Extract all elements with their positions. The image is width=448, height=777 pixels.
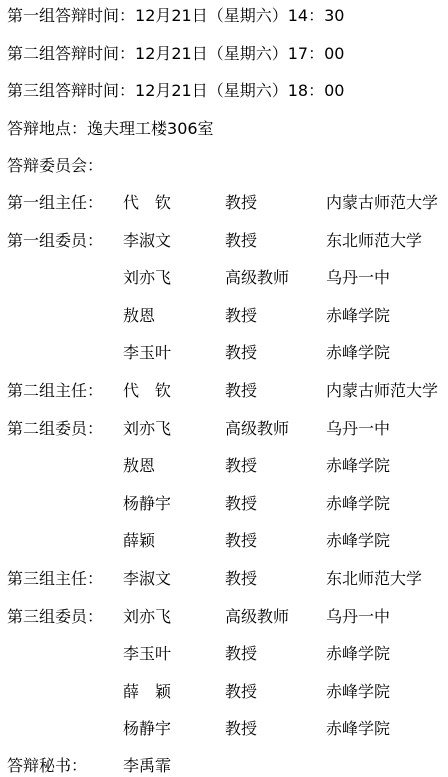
- location-label: 答辩地点：: [7, 119, 87, 138]
- committee-row: 薛 颖教授赤峰学院: [0, 680, 448, 704]
- member-org: 赤峰学院: [326, 454, 390, 478]
- member-title: 教授: [225, 717, 257, 741]
- member-name: 刘亦飞: [123, 605, 171, 629]
- committee-row: 敖恩教授赤峰学院: [0, 304, 448, 328]
- member-title: 教授: [225, 454, 257, 478]
- member-org: 赤峰学院: [326, 642, 390, 666]
- member-name: 敖恩: [123, 304, 155, 328]
- member-org: 赤峰学院: [326, 341, 390, 365]
- member-org: 乌丹一中: [326, 417, 390, 441]
- member-org: 赤峰学院: [326, 680, 390, 704]
- role-label: 第三组主任：: [7, 567, 103, 591]
- secretary-name: 李禹霏: [123, 754, 171, 777]
- schedule-label: 第三组答辩时间：: [7, 81, 135, 100]
- committee-row: 敖恩教授赤峰学院: [0, 454, 448, 478]
- member-name: 刘亦飞: [123, 417, 171, 441]
- committee-row: 杨静宇教授赤峰学院: [0, 717, 448, 741]
- member-title: 教授: [225, 304, 257, 328]
- member-org: 赤峰学院: [326, 717, 390, 741]
- schedule-line-group-1: 第一组答辩时间：12月21日（星期六）14：30: [7, 4, 344, 28]
- schedule-label: 第二组答辩时间：: [7, 44, 135, 63]
- member-name: 李淑文: [123, 229, 171, 253]
- member-org: 内蒙古师范大学: [326, 191, 438, 215]
- member-name: 刘亦飞: [123, 266, 171, 290]
- member-title: 教授: [225, 680, 257, 704]
- location-value: 逸夫理工楼306室: [87, 119, 214, 138]
- member-org: 赤峰学院: [326, 304, 390, 328]
- member-name: 代 钦: [123, 191, 171, 215]
- member-title: 教授: [225, 492, 257, 516]
- member-title: 教授: [225, 529, 257, 553]
- member-name: 李玉叶: [123, 642, 171, 666]
- committee-row: 李玉叶教授赤峰学院: [0, 341, 448, 365]
- member-title: 教授: [225, 379, 257, 403]
- member-org: 东北师范大学: [326, 229, 422, 253]
- role-label: 第二组主任：: [7, 379, 103, 403]
- member-name: 薛颖: [123, 529, 155, 553]
- committee-row: 杨静宇教授赤峰学院: [0, 492, 448, 516]
- role-label: 第三组委员：: [7, 605, 103, 629]
- member-title: 教授: [225, 229, 257, 253]
- member-title: 高级教师: [225, 266, 289, 290]
- member-name: 薛 颖: [123, 680, 171, 704]
- role-label: 第二组委员：: [7, 417, 103, 441]
- secretary-label: 答辩秘书：: [7, 754, 87, 777]
- member-name: 杨静宇: [123, 717, 171, 741]
- role-label: 第一组主任：: [7, 191, 103, 215]
- member-title: 高级教师: [225, 417, 289, 441]
- committee-row: 第一组委员：李淑文教授东北师范大学: [0, 229, 448, 253]
- member-name: 李玉叶: [123, 341, 171, 365]
- member-org: 乌丹一中: [326, 266, 390, 290]
- schedule-line-group-2: 第二组答辩时间：12月21日（星期六）17：00: [7, 42, 344, 66]
- member-name: 杨静宇: [123, 492, 171, 516]
- location-line: 答辩地点：逸夫理工楼306室: [7, 117, 214, 141]
- member-title: 高级教师: [225, 605, 289, 629]
- committee-row: 第三组委员：刘亦飞高级教师乌丹一中: [0, 605, 448, 629]
- committee-row: 第三组主任：李淑文教授东北师范大学: [0, 567, 448, 591]
- member-name: 代 钦: [123, 379, 171, 403]
- member-org: 乌丹一中: [326, 605, 390, 629]
- member-title: 教授: [225, 642, 257, 666]
- schedule-value: 12月21日（星期六）18：00: [135, 81, 344, 100]
- committee-row: 第二组委员：刘亦飞高级教师乌丹一中: [0, 417, 448, 441]
- role-label: 第一组委员：: [7, 229, 103, 253]
- committee-row: 第一组主任：代 钦教授内蒙古师范大学: [0, 191, 448, 215]
- member-title: 教授: [225, 567, 257, 591]
- secretary-row: 答辩秘书： 李禹霏: [0, 754, 448, 777]
- member-org: 赤峰学院: [326, 529, 390, 553]
- committee-row: 李玉叶教授赤峰学院: [0, 642, 448, 666]
- member-title: 教授: [225, 341, 257, 365]
- member-org: 内蒙古师范大学: [326, 379, 438, 403]
- schedule-value: 12月21日（星期六）14：30: [135, 6, 344, 25]
- member-org: 赤峰学院: [326, 492, 390, 516]
- schedule-label: 第一组答辩时间：: [7, 6, 135, 25]
- member-name: 敖恩: [123, 454, 155, 478]
- schedule-value: 12月21日（星期六）17：00: [135, 44, 344, 63]
- committee-row: 刘亦飞高级教师乌丹一中: [0, 266, 448, 290]
- member-org: 东北师范大学: [326, 567, 422, 591]
- committee-row: 第二组主任：代 钦教授内蒙古师范大学: [0, 379, 448, 403]
- member-title: 教授: [225, 191, 257, 215]
- member-name: 李淑文: [123, 567, 171, 591]
- committee-heading: 答辩委员会：: [7, 154, 103, 178]
- schedule-line-group-3: 第三组答辩时间：12月21日（星期六）18：00: [7, 79, 344, 103]
- committee-row: 薛颖教授赤峰学院: [0, 529, 448, 553]
